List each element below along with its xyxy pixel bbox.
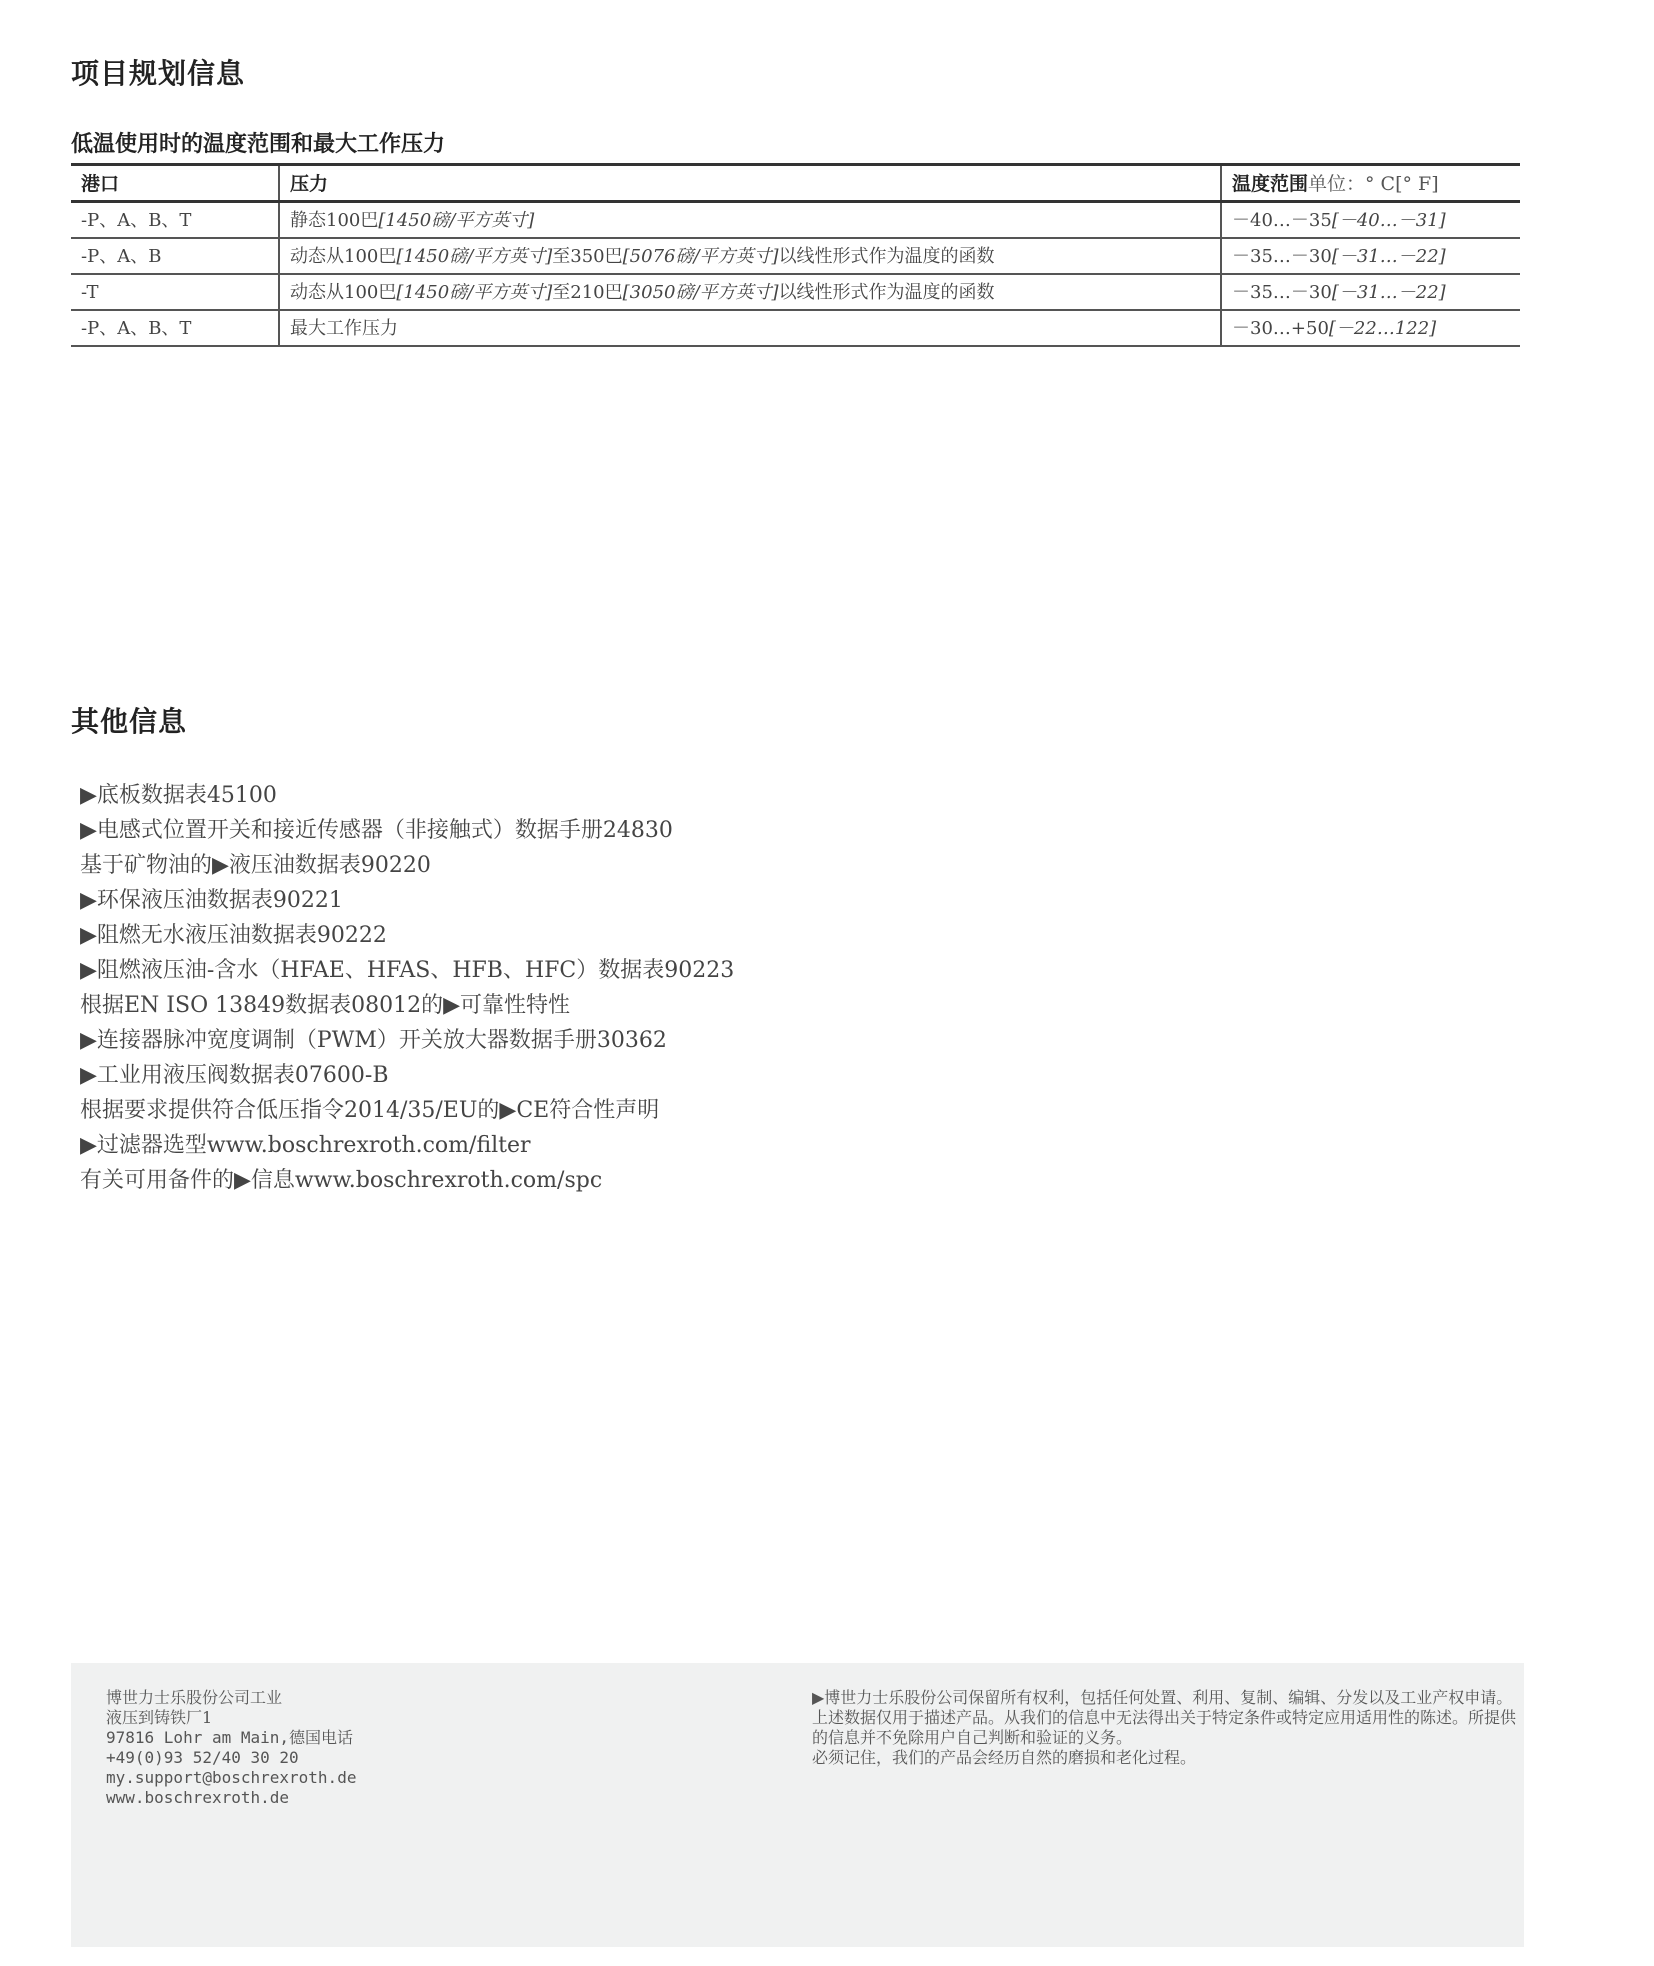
header-pressure: 压力 (279, 165, 1221, 202)
table-row: -P、A、B、T 最大工作压力 －30…+50[－22…122] (71, 310, 1520, 346)
reference-link-mineral-oil[interactable]: 基于矿物油的▶液压油数据表90220 (80, 848, 734, 883)
reference-link-ce-declaration[interactable]: 根据要求提供符合低压指令2014/35/EU的▶CE符合性声明 (80, 1093, 734, 1128)
legal-notice: ▶博世力士乐股份公司保留所有权利，包括任何处置、利用、复制、编辑、分发以及工业产… (812, 1688, 1522, 1768)
table-caption: 低温使用时的温度范围和最大工作压力 (71, 127, 445, 158)
phone-number: +49(0)93 52/40 30 20 (106, 1748, 356, 1768)
header-temp-label: 温度范围 (1232, 173, 1308, 195)
pressure-text: 最大工作压力 (290, 318, 398, 339)
reference-link-pwm-amplifier[interactable]: ▶连接器脉冲宽度调制（PWM）开关放大器数据手册30362 (80, 1023, 734, 1058)
cell-pressure: 最大工作压力 (279, 310, 1221, 346)
temperature-pressure-table: 港口 压力 温度范围单位：° C[° F] -P、A、B、T 静态100巴[14… (71, 163, 1520, 347)
header-temperature: 温度范围单位：° C[° F] (1221, 165, 1520, 202)
table-row: -P、A、B 动态从100巴[1450磅/平方英寸]至350巴[5076磅/平方… (71, 238, 1520, 274)
temp-celsius: －35…－30 (1232, 246, 1332, 267)
pressure-text: 动态从100巴 (290, 246, 396, 267)
reference-link-reliability[interactable]: 根据EN ISO 13849数据表08012的▶可靠性特性 (80, 988, 734, 1023)
table-row: -P、A、B、T 静态100巴[1450磅/平方英寸] －40…－35[－40…… (71, 202, 1520, 239)
pressure-text: 以线性形式作为温度的函数 (779, 246, 995, 267)
reference-list: ▶底板数据表45100 ▶电感式位置开关和接近传感器（非接触式）数据手册2483… (80, 778, 734, 1198)
page-footer: 博世力士乐股份公司工业 液压到铸铁厂1 97816 Lohr am Main,德… (71, 1663, 1524, 1947)
pressure-text: 至210巴 (552, 282, 622, 303)
pressure-psi: [1450磅/平方英寸] (396, 282, 552, 303)
cell-pressure: 动态从100巴[1450磅/平方英寸]至350巴[5076磅/平方英寸]以线性形… (279, 238, 1221, 274)
pressure-psi: [1450磅/平方英寸] (396, 246, 552, 267)
header-port: 港口 (71, 165, 279, 202)
reference-link-spare-parts[interactable]: 有关可用备件的▶信息www.boschrexroth.com/spc (80, 1163, 734, 1198)
pressure-text: 动态从100巴 (290, 282, 396, 303)
pressure-text: 以线性形式作为温度的函数 (779, 282, 995, 303)
pressure-psi: [1450磅/平方英寸] (378, 210, 534, 231)
pressure-psi: [5076磅/平方英寸] (623, 246, 779, 267)
address-line: 液压到铸铁厂1 (106, 1708, 356, 1728)
section-title-project-planning: 项目规划信息 (71, 52, 245, 92)
website-link[interactable]: www.boschrexroth.de (106, 1788, 356, 1808)
cell-temperature: －30…+50[－22…122] (1221, 310, 1520, 346)
temp-celsius: －35…－30 (1232, 282, 1332, 303)
reference-link-filter-selection[interactable]: ▶过滤器选型www.boschrexroth.com/filter (80, 1128, 734, 1163)
pressure-text: 静态100巴 (290, 210, 378, 231)
cell-temperature: －40…－35[－40…－31] (1221, 202, 1520, 239)
address-line: 博世力士乐股份公司工业 (106, 1688, 356, 1708)
pressure-psi: [3050磅/平方英寸] (623, 282, 779, 303)
address-line: 97816 Lohr am Main,德国电话 (106, 1728, 356, 1748)
reference-link-industrial-valves[interactable]: ▶工业用液压阀数据表07600-B (80, 1058, 734, 1093)
support-email-link[interactable]: my.support@boschrexroth.de (106, 1768, 356, 1788)
pressure-text: 至350巴 (552, 246, 622, 267)
reference-link-flame-resistant-water[interactable]: ▶阻燃液压油-含水（HFAE、HFAS、HFB、HFC）数据表90223 (80, 953, 734, 988)
cell-pressure: 动态从100巴[1450磅/平方英寸]至210巴[3050磅/平方英寸]以线性形… (279, 274, 1221, 310)
reference-link-flame-resistant-water-free[interactable]: ▶阻燃无水液压油数据表90222 (80, 918, 734, 953)
cell-pressure: 静态100巴[1450磅/平方英寸] (279, 202, 1221, 239)
cell-temperature: －35…－30[－31…－22] (1221, 274, 1520, 310)
temp-fahrenheit: [－22…122] (1329, 318, 1436, 339)
temp-celsius: －30…+50 (1232, 318, 1329, 339)
company-address: 博世力士乐股份公司工业 液压到铸铁厂1 97816 Lohr am Main,德… (106, 1688, 356, 1808)
temp-fahrenheit: [－40…－31] (1332, 210, 1446, 231)
cell-port: -P、A、B (71, 238, 279, 274)
table-row: -T 动态从100巴[1450磅/平方英寸]至210巴[3050磅/平方英寸]以… (71, 274, 1520, 310)
section-title-other-info: 其他信息 (71, 700, 187, 740)
header-temp-unit: 单位：° C[° F] (1308, 173, 1439, 195)
legal-paragraph: ▶博世力士乐股份公司保留所有权利，包括任何处置、利用、复制、编辑、分发以及工业产… (812, 1688, 1522, 1708)
temp-celsius: －40…－35 (1232, 210, 1332, 231)
legal-paragraph: 必须记住，我们的产品会经历自然的磨损和老化过程。 (812, 1748, 1522, 1768)
cell-port: -T (71, 274, 279, 310)
reference-link-proximity-sensors[interactable]: ▶电感式位置开关和接近传感器（非接触式）数据手册24830 (80, 813, 734, 848)
reference-link-baseplate[interactable]: ▶底板数据表45100 (80, 778, 734, 813)
legal-paragraph: 上述数据仅用于描述产品。从我们的信息中无法得出关于特定条件或特定应用适用性的陈述… (812, 1708, 1522, 1748)
cell-temperature: －35…－30[－31…－22] (1221, 238, 1520, 274)
temp-fahrenheit: [－31…－22] (1332, 282, 1446, 303)
reference-link-eco-fluids[interactable]: ▶环保液压油数据表90221 (80, 883, 734, 918)
cell-port: -P、A、B、T (71, 202, 279, 239)
temp-fahrenheit: [－31…－22] (1332, 246, 1446, 267)
cell-port: -P、A、B、T (71, 310, 279, 346)
table-header-row: 港口 压力 温度范围单位：° C[° F] (71, 165, 1520, 202)
